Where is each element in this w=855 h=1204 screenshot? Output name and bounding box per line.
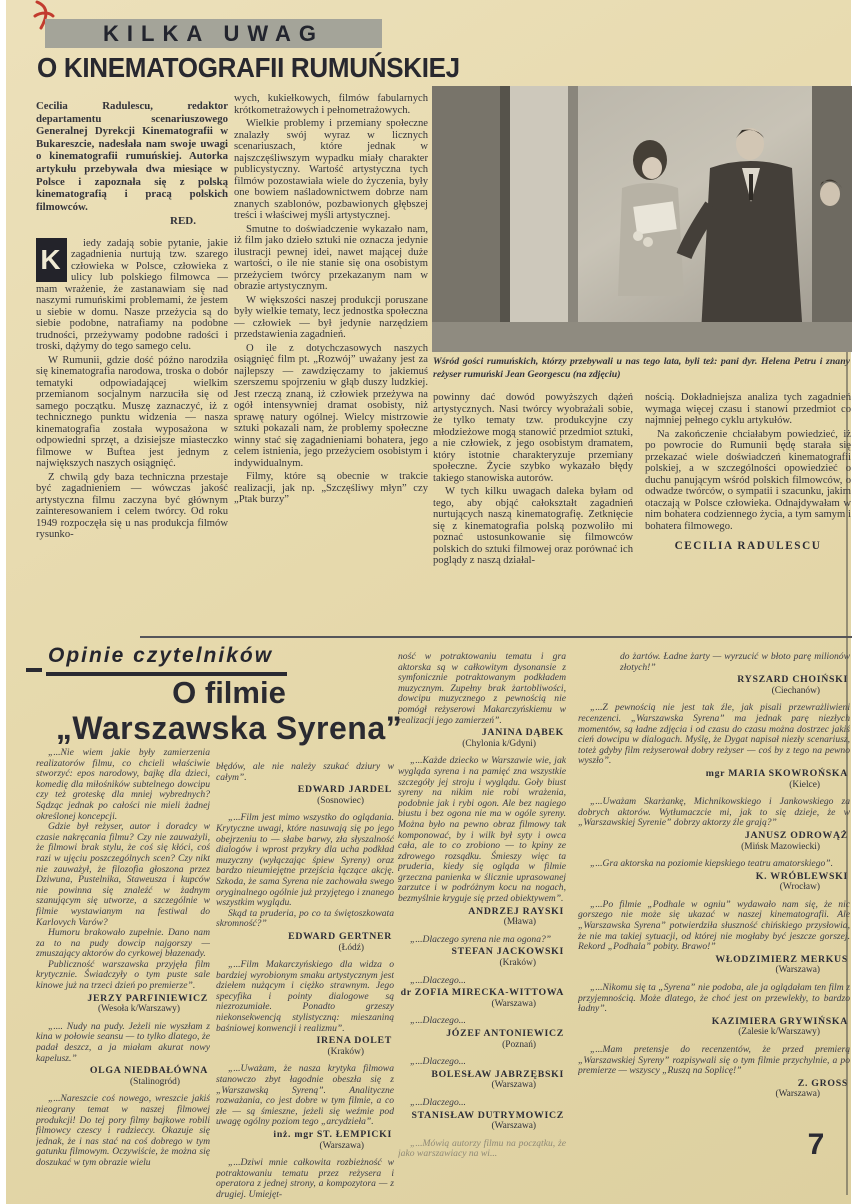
paragraph: powinny dać dowód powyższych dążeń artys…	[433, 392, 633, 484]
opinion-text: Humoru brakowało zupełnie. Dano nam za t…	[36, 928, 210, 960]
article1-col4-text: nością. Dokładniejsza analiza tych zagad…	[645, 392, 851, 532]
page-edge-line	[846, 352, 848, 1195]
opinion-author: K. WRÓBLEWSKI	[578, 872, 850, 883]
opinion-text: „...Nie wiem jakie były zamierzenia real…	[36, 748, 210, 822]
opinion-text: „...Film jest mimo wszystko do oglądania…	[216, 813, 394, 908]
opinion-text: „...Uważam Skarżankę, Michnikowskiego i …	[578, 797, 850, 829]
opinion-text: „.... Nudy na pudy. Jeżeli nie wyszłam z…	[36, 1022, 210, 1064]
opinion-author: dr ZOFIA MIRECKA-WITTOWA	[398, 988, 566, 999]
opinion-author-city: (Mława)	[398, 917, 566, 928]
opinion-author-city: (Chylonia k/Gdyni)	[398, 739, 566, 750]
opinion-text: „...Każde dziecko w Warszawie wie, jak w…	[398, 756, 566, 904]
opinion-text: „...Mówią autorzy filmu na początku, że …	[398, 1139, 566, 1160]
opinion-author-city: (Mińsk Mazowiecki)	[578, 842, 850, 853]
opinion-author-city: (Sosnowiec)	[216, 796, 394, 807]
opinion-author: JÓZEF ANTONIEWICZ	[398, 1029, 566, 1040]
reader-opinion: „...Nikomu się ta „Syrena” nie podoba, a…	[578, 983, 850, 1038]
opinion-text: „...Z pewnością nie jest tak źle, jak pi…	[578, 703, 850, 767]
opinions-section-header: Opinie czytelników	[46, 644, 287, 676]
reader-opinion: „...Nareszcie coś nowego, wreszcie jakiś…	[36, 1094, 210, 1168]
opinions-column-a: „...Nie wiem jakie były zamierzenia real…	[36, 748, 210, 1200]
opinion-author-city: (Stalinogród)	[36, 1077, 210, 1088]
reader-opinion: „...Po filmie „Podhale w ogniu” wydawało…	[578, 900, 850, 976]
opinion-author-city: (Poznań)	[398, 1040, 566, 1051]
article1-column-4: nością. Dokładniejsza analiza tych zagad…	[645, 392, 851, 640]
opinion-text: „...Dlaczego...	[398, 1098, 566, 1109]
opinion-author: OLGA NIEDBAŁÓWNA	[36, 1066, 210, 1077]
header-dash	[26, 668, 42, 672]
opinion-text: do żartów. Ładne żarty — wyrzucić w błot…	[620, 652, 850, 673]
opinion-author-city: (Kielce)	[578, 780, 850, 791]
photo-caption: Wśród gości rumuńskich, którzy przebywal…	[433, 356, 850, 381]
opinion-author-city: (Zalesie k/Warszawy)	[578, 1027, 850, 1038]
article1-column-1: Cecilia Radulescu, redaktor departamentu…	[36, 100, 228, 645]
reader-opinion: „...Gra aktorska na poziomie kiepskiego …	[578, 859, 850, 893]
opinion-author: mgr MARIA SKOWROŃSKA	[578, 769, 850, 780]
paragraph: W Rumunii, gdzie dość późno narodziła si…	[36, 355, 228, 470]
opinion-author-city: (Warszawa)	[216, 1141, 394, 1152]
paragraph: Filmy, które są obecnie w trakcie realiz…	[234, 471, 428, 506]
opinion-author-city: (Warszawa)	[398, 999, 566, 1010]
editor-signature: RED.	[36, 216, 228, 228]
article-photo	[432, 86, 852, 352]
opinion-text: „...Dziwi mnie całkowita rozbieżność w p…	[216, 1158, 394, 1200]
opinion-author: EDWARD JARDEL	[216, 785, 394, 796]
author-signature: CECILIA RADULESCU	[645, 541, 851, 553]
reader-opinion: do żartów. Ładne żarty — wyrzucić w błot…	[620, 652, 850, 696]
opinion-author: JANINA DĄBEK	[398, 728, 566, 739]
opinion-text: „...Dlaczego syrena nie ma ogona?”	[398, 935, 566, 946]
opinion-author: inż. mgr ST. ŁEMPICKI	[216, 1130, 394, 1141]
article1-column-3: powinny dać dowód powyższych dążeń artys…	[433, 392, 633, 640]
opinion-author-city: (Wrocław)	[578, 882, 850, 893]
paragraph: Na zakończenie chciałabym powiedzieć, iż…	[645, 429, 851, 533]
paragraph: Z chwilą gdy baza techniczna przestaje b…	[36, 472, 228, 541]
opinion-author-city: (Warszawa)	[578, 1089, 850, 1100]
reader-opinion: „...Mówią autorzy filmu na początku, że …	[398, 1139, 566, 1160]
paragraph: Wielkie problemy i przemiany społeczne z…	[234, 118, 428, 222]
magazine-page: KILKA UWAG O KINEMATOGRAFII RUMUŃSKIEJ C…	[0, 0, 855, 1204]
section-divider-rule	[140, 636, 852, 638]
opinion-author: STANISŁAW DUTRYMOWICZ	[398, 1111, 566, 1122]
opinion-text: „...Dlaczego...	[398, 1016, 566, 1027]
paragraph: Smutne to doświadczenie wykazało nam, iż…	[234, 224, 428, 293]
section-kicker: KILKA UWAG	[45, 19, 382, 48]
opinion-text: „...Po filmie „Podhale w ogniu” wydawało…	[578, 900, 850, 953]
opinions-column-d: do żartów. Ładne żarty — wyrzucić w błot…	[578, 652, 850, 1122]
opinion-author: JERZY PARFINIEWICZ	[36, 994, 210, 1005]
reader-opinion: „...Nie wiem jakie były zamierzenia real…	[36, 748, 210, 1015]
opinions-title: O filmie „Warszawska Syrena”	[33, 676, 425, 746]
opinion-author: IRENA DOLET	[216, 1036, 394, 1047]
reader-opinion: „...Mam pretensje do recenzentów, że prz…	[578, 1045, 850, 1100]
opinion-author: EDWARD GERTNER	[216, 932, 394, 943]
opinion-text: błędów, ale nie należy szukać dziury w c…	[216, 762, 394, 783]
reader-opinion: „...Każde dziecko w Warszawie wie, jak w…	[398, 756, 566, 928]
reader-opinion: „...Dziwi mnie całkowita rozbieżność w p…	[216, 1158, 394, 1200]
reader-opinion: „...Film Makarczyńskiego dla widza o bar…	[216, 960, 394, 1057]
opinion-author: JANUSZ ODROWĄŻ	[578, 831, 850, 842]
opinion-author-city: (Warszawa)	[398, 1080, 566, 1091]
opinion-author: BOLESŁAW JABRZĘBSKI	[398, 1070, 566, 1081]
opinion-author: ANDRZEJ RAYSKI	[398, 907, 566, 918]
opinion-text: Gdzie był reżyser, autor i doradcy w cza…	[36, 822, 210, 928]
opinion-author: STEFAN JACKOWSKI	[398, 947, 566, 958]
opinion-text: ność w potraktowaniu tematu i gra aktors…	[398, 652, 566, 726]
paragraph: W tych kilku uwagach daleka byłam od teg…	[433, 486, 633, 567]
opinion-text: Skąd ta pruderia, po co ta świętoszkowat…	[216, 909, 394, 930]
opinion-author-city: (Kraków)	[216, 1047, 394, 1058]
reader-opinion: „.... Nudy na pudy. Jeżeli nie wyszłam z…	[36, 1022, 210, 1088]
paragraph: O ile z dotychczasowych naszych osiągnię…	[234, 343, 428, 470]
opinion-author: Z. GROSS	[578, 1079, 850, 1090]
reader-opinion: „...Uważam Skarżankę, Michnikowskiego i …	[578, 797, 850, 852]
opinion-text: „...Mam pretensje do recenzentów, że prz…	[578, 1045, 850, 1077]
reader-opinion: „...Dlaczego...STANISŁAW DUTRYMOWICZ(War…	[398, 1098, 566, 1132]
opinion-author-city: (Warszawa)	[578, 965, 850, 976]
opinion-author-city: (Ciechanów)	[620, 686, 850, 697]
paragraph: nością. Dokładniejsza analiza tych zagad…	[645, 392, 851, 427]
dropcap-letter: K	[36, 240, 65, 280]
opinion-author-city: (Łódź)	[216, 943, 394, 954]
article-intro: Cecilia Radulescu, redaktor departamentu…	[36, 100, 228, 213]
opinion-text: „...Dlaczego...	[398, 1057, 566, 1068]
page-number: 7	[795, 1128, 837, 1162]
reader-opinion: „...Dlaczego...JÓZEF ANTONIEWICZ(Poznań)	[398, 1016, 566, 1050]
opinion-text: „...Nikomu się ta „Syrena” nie podoba, a…	[578, 983, 850, 1015]
opinion-author-city: (Warszawa)	[398, 1121, 566, 1132]
article1-col1-text: K iedy zadają sobie pytanie, jakie zagad…	[36, 238, 228, 541]
opinions-title-line1: O filmie	[33, 676, 425, 710]
opinion-author: KAZIMIERA GRYWIŃSKA	[578, 1017, 850, 1028]
reader-opinion: „...Dlaczego syrena nie ma ogona?”STEFAN…	[398, 935, 566, 969]
opinion-text: „...Gra aktorska na poziomie kiepskiego …	[578, 859, 850, 870]
article1-column-2: wych, kukiełkowych, filmów fabularnych k…	[234, 93, 428, 633]
reader-opinion: „...Dlaczego...dr ZOFIA MIRECKA-WITTOWA(…	[398, 976, 566, 1010]
opinion-text: „...Film Makarczyńskiego dla widza o bar…	[216, 960, 394, 1034]
paragraph: wych, kukiełkowych, filmów fabularnych k…	[234, 93, 428, 116]
opinions-column-b: błędów, ale nie należy szukać dziury w c…	[216, 762, 394, 1202]
reader-opinion: „...Dlaczego...BOLESŁAW JABRZĘBSKI(Warsz…	[398, 1057, 566, 1091]
opinion-author-city: (Wesoła k/Warszawy)	[36, 1004, 210, 1015]
opinions-title-line2: „Warszawska Syrena”	[33, 710, 425, 746]
opinion-author-city: (Kraków)	[398, 958, 566, 969]
opinions-column-c: ność w potraktowaniu tematu i gra aktors…	[398, 652, 566, 1172]
reader-opinion: błędów, ale nie należy szukać dziury w c…	[216, 762, 394, 806]
reader-opinion: „...Film jest mimo wszystko do oglądania…	[216, 813, 394, 953]
reader-opinion: ność w potraktowaniu tematu i gra aktors…	[398, 652, 566, 749]
reader-opinion: „...Z pewnością nie jest tak źle, jak pi…	[578, 703, 850, 790]
opinion-text: „...Uważam, że nasza krytyka filmowa sta…	[216, 1064, 394, 1128]
opinion-author: WŁODZIMIERZ MERKUS	[578, 955, 850, 966]
opinion-text: „...Dlaczego...	[398, 976, 566, 987]
opinion-text: Publiczność warszawska przyjęła film kry…	[36, 960, 210, 992]
paragraph: W większości naszej produkcji poruszane …	[234, 295, 428, 341]
reader-opinion: „...Uważam, że nasza krytyka filmowa sta…	[216, 1064, 394, 1151]
opinion-text: „...Nareszcie coś nowego, wreszcie jakiś…	[36, 1094, 210, 1168]
opinion-author: RYSZARD CHOIŃSKI	[620, 675, 850, 686]
article-title: O KINEMATOGRAFII RUMUŃSKIEJ	[37, 51, 457, 84]
